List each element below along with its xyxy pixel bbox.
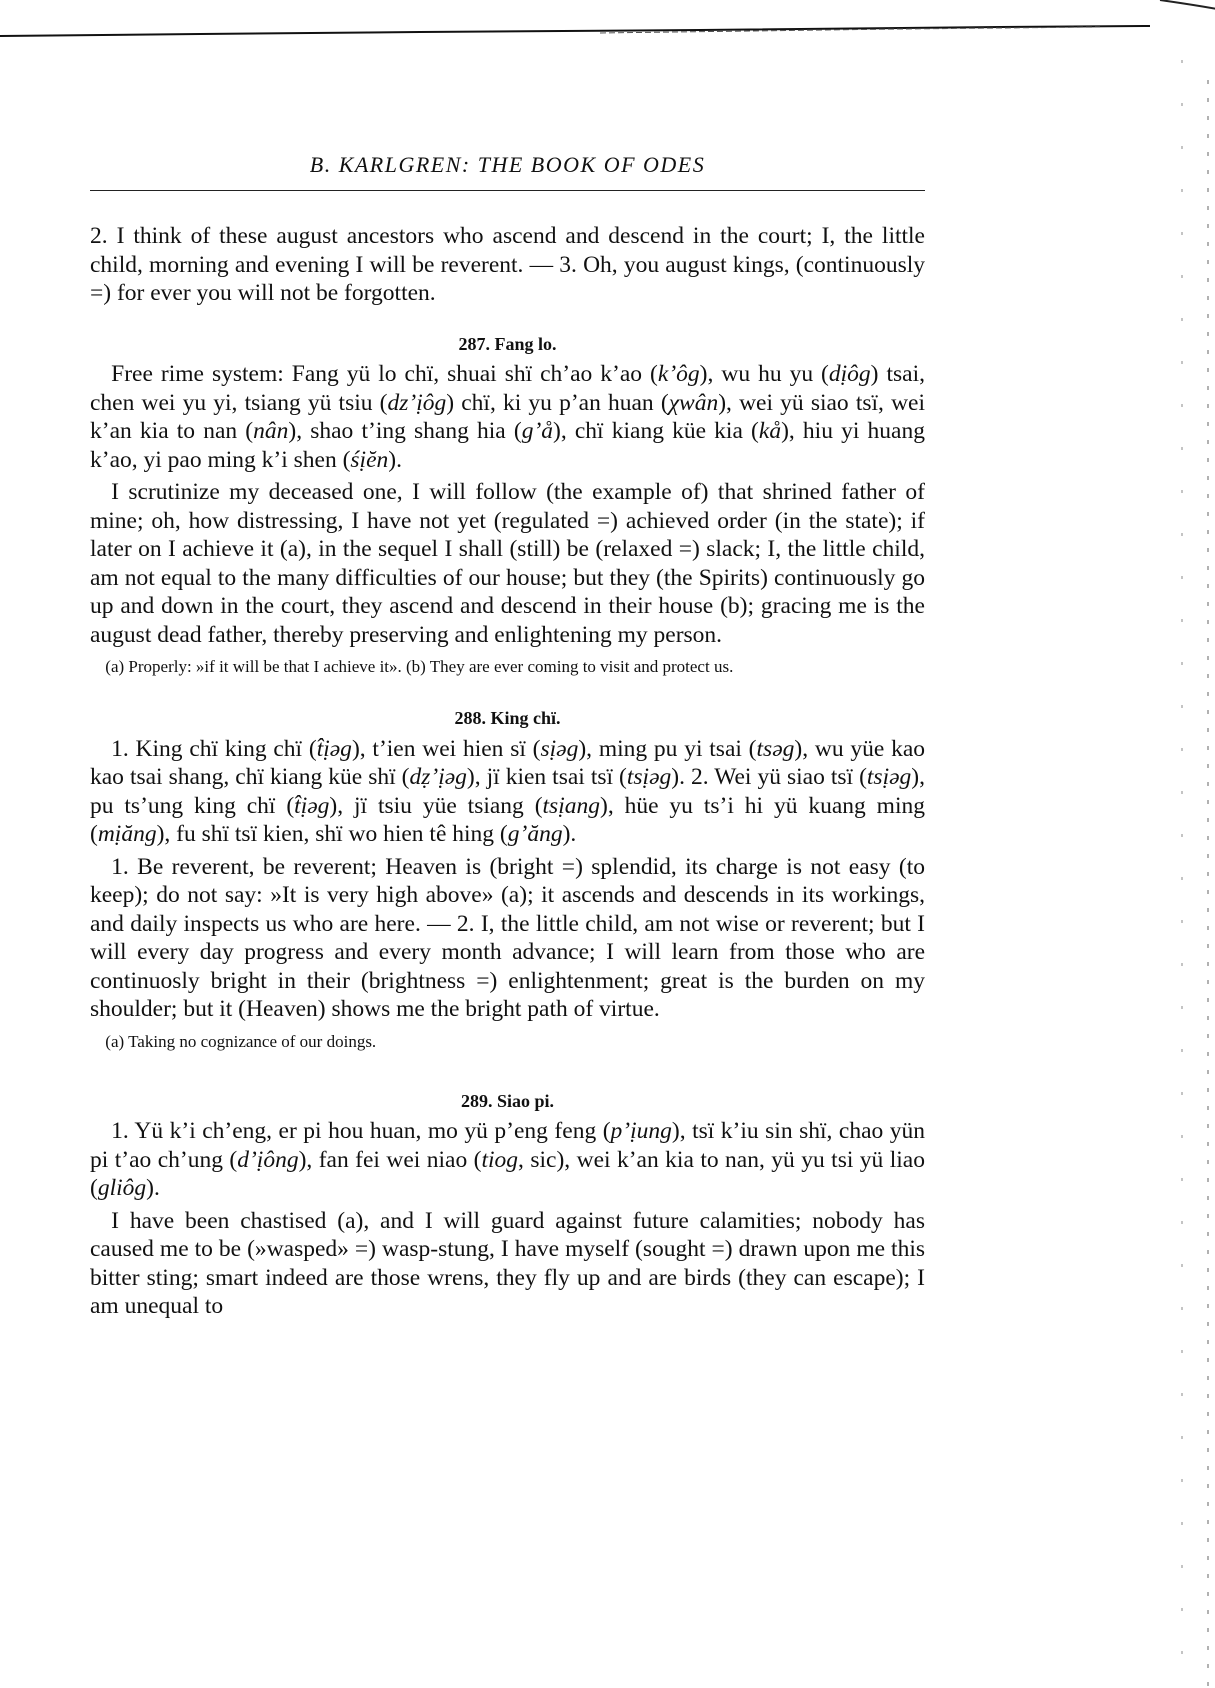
ode-288-translation: 1. Be reverent, be reverent; Heaven is (… (90, 853, 925, 1024)
ode-287-translation: I scrutinize my deceased one, I will fol… (90, 478, 925, 649)
header-rule (90, 190, 925, 191)
ode-heading-287: 287. Fang lo. (90, 330, 925, 359)
ode-287-transcription: Free rime system: Fang yü lo chï, shuai … (90, 360, 925, 474)
continuation-paragraph: 2. I think of these august ancestors who… (90, 222, 925, 308)
ode-289-translation: I have been chastised (a), and I will gu… (90, 1207, 925, 1321)
running-head: B. KARLGREN: THE BOOK OF ODES (90, 152, 925, 178)
scan-edge-right-border (1065, 0, 1215, 1688)
ode-heading-289: 289. Siao pi. (90, 1087, 925, 1116)
ode-289-transcription: 1. Yü k’i ch’eng, er pi hou huan, mo yü … (90, 1117, 925, 1203)
ode-288-transcription: 1. King chï king chï (t̂ịəg), t’ien wei … (90, 735, 925, 849)
ode-288-footnotes: (a) Taking no cognizance of our doings. (90, 1028, 925, 1055)
page-body: 2. I think of these august ancestors who… (90, 222, 925, 1321)
ode-287-footnotes: (a) Properly: »if it will be that I achi… (90, 653, 925, 680)
scan-edge-top-line (0, 24, 1215, 38)
ode-heading-288: 288. King chï. (90, 704, 925, 733)
